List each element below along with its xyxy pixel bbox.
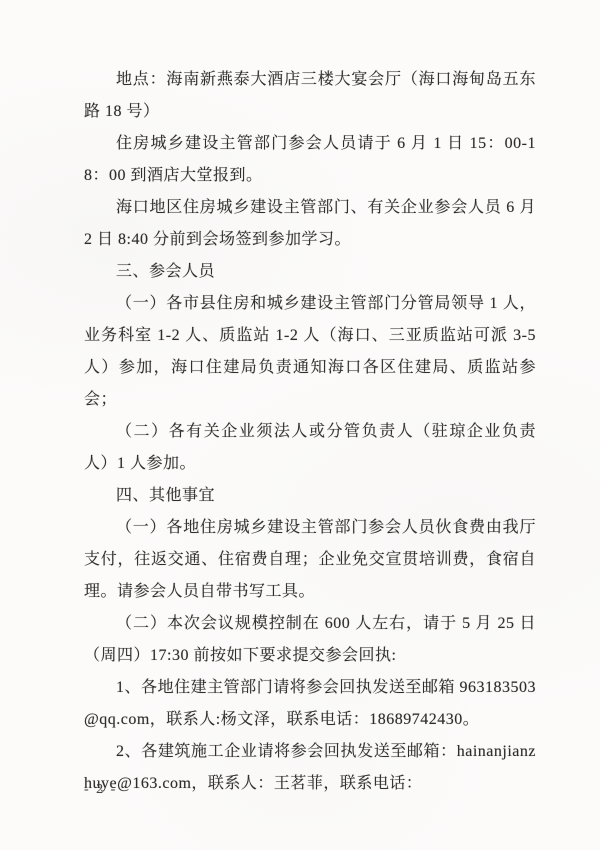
paragraph: 海口地区住房城乡建设主管部门、有关企业参会人员 6 月 2 日 8:40 分前到… <box>84 192 536 256</box>
scanned-document-page: 地点：海南新燕泰大酒店三楼大宴会厅（海口海甸岛五东路 18 号）住房城乡建设主管… <box>0 0 600 850</box>
paragraph: 地点：海南新燕泰大酒店三楼大宴会厅（海口海甸岛五东路 18 号） <box>84 64 536 128</box>
paragraph: （二）各有关企业须法人或分管负责人（驻琼企业负责人）1 人参加。 <box>84 416 536 480</box>
paragraph: （一）各地住房城乡建设主管部门参会人员伙食费由我厅支付，往返交通、住宿费自理；企… <box>84 512 536 608</box>
paragraph: 2、各建筑施工企业请将参会回执发送至邮箱：hainanjianzhuye@163… <box>84 736 536 800</box>
paragraph: 住房城乡建设主管部门参会人员请于 6 月 1 日 15：00-18：00 到酒店… <box>84 128 536 192</box>
paragraph: （二）本次会议规模控制在 600 人左右，请于 5 月 25 日（周四）17:3… <box>84 608 536 672</box>
paragraph: 三、参会人员 <box>84 256 536 288</box>
document-body: 地点：海南新燕泰大酒店三楼大宴会厅（海口海甸岛五东路 18 号）住房城乡建设主管… <box>84 64 536 800</box>
paragraph: （一）各市县住房和城乡建设主管部门分管局领导 1 人，业务科室 1-2 人、质监… <box>84 288 536 416</box>
page-number: - 2 - <box>84 780 117 800</box>
paragraph: 1、各地住建主管部门请将参会回执发送至邮箱 963183503@qq.com，联… <box>84 672 536 736</box>
paragraph: 四、其他事宜 <box>84 480 536 512</box>
